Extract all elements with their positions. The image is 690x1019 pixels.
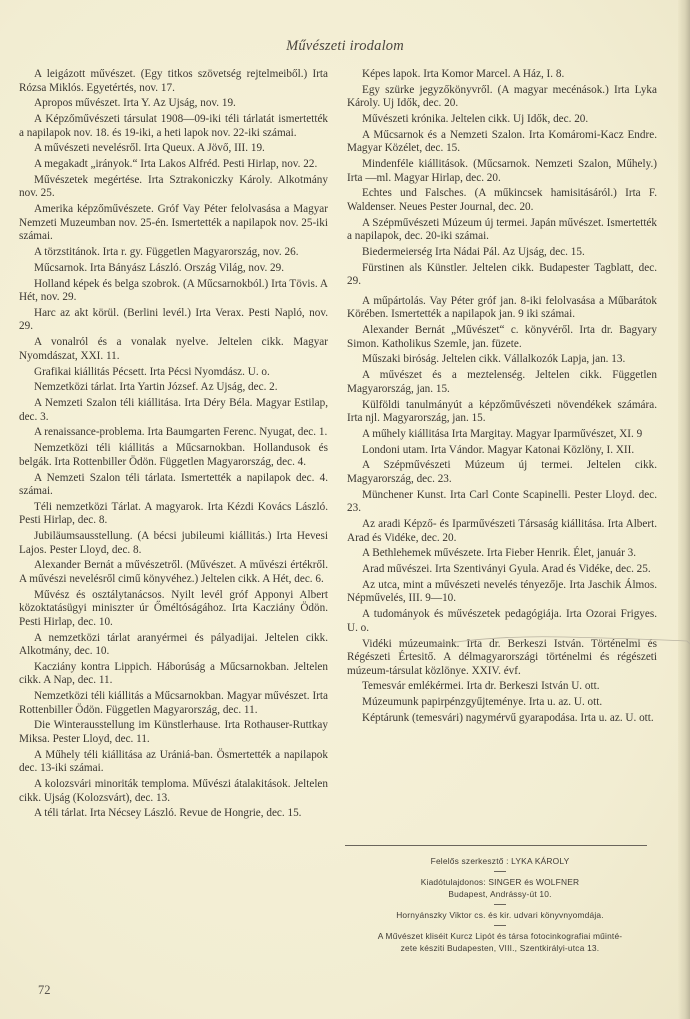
bibliography-entry: A Szépművészeti Múzeum új termei. Jeltel…: [347, 459, 657, 486]
bibliography-entry: A műhely kiállitása Irta Margitay. Magya…: [347, 428, 657, 442]
imprint-mini-rule: [494, 904, 506, 905]
bibliography-entry: Művészeti krónika. Jeltelen cikk. Uj Idő…: [347, 113, 657, 127]
bibliography-entry: Képtárunk (temesvári) nagymérvű gyarapod…: [347, 712, 657, 726]
bibliography-entry: Egy szürke jegyzőkönyvről. (A magyar mec…: [347, 84, 657, 111]
imprint-editor: Felelős szerkesztő : LYKA KÁROLY: [345, 855, 655, 867]
bibliography-entry: Holland képek és belga szobrok. (A Műcsa…: [19, 278, 328, 305]
bibliography-entry: A tudományok és művészetek pedagógiája. …: [347, 608, 657, 635]
right-column: Képes lapok. Irta Komor Marcel. A Ház, I…: [347, 68, 657, 728]
bibliography-entry: Alexander Bernát a művészetről. (Művésze…: [19, 559, 328, 586]
imprint-publisher: Kiadótulajdonos: SINGER és WOLFNER: [345, 876, 655, 888]
bibliography-entry: Művészetek megértése. Irta Sztrakoniczky…: [19, 174, 328, 201]
page-number: 72: [38, 983, 51, 998]
bibliography-entry: Múzeumunk papirpénzgyűjteménye. Irta u. …: [347, 696, 657, 710]
bibliography-entry: Grafikai kiállitás Pécsett. Irta Pécsi N…: [19, 366, 328, 380]
bibliography-entry: Harc az akt körül. (Berlini levél.) Irta…: [19, 307, 328, 334]
bibliography-entry: Londoni utam. Irta Vándor. Magyar Katona…: [347, 444, 657, 458]
bibliography-entry: Nemzetközi téli kiállitás a Műcsarnokban…: [19, 690, 328, 717]
bibliography-entry: A művészeti nevelésről. Irta Queux. A Jö…: [19, 142, 328, 156]
bibliography-entry: A művészet és a meztelenség. Jeltelen ci…: [347, 369, 657, 396]
imprint-cliches-line-2: zete késziti Budapesten, VIII., Szentkir…: [345, 942, 655, 954]
bibliography-entry: Művész és osztálytanácsos. Nyilt levél g…: [19, 589, 328, 630]
bibliography-entry: Temesvár emlékérmei. Irta dr. Berkeszi I…: [347, 680, 657, 694]
bibliography-entry: A leigázott művészet. (Egy titkos szövet…: [19, 68, 328, 95]
bibliography-entry: Műszaki biróság. Jeltelen cikk. Vállalko…: [347, 353, 657, 367]
bibliography-entry: A kolozsvári minoriták temploma. Művészi…: [19, 778, 328, 805]
bibliography-entry: A téli tárlat. Irta Nécsey László. Revue…: [19, 807, 328, 821]
bibliography-entry: Nemzetközi téli kiállitás a Műcsarnokban…: [19, 442, 328, 469]
bibliography-entry: Kacziány kontra Lippich. Háborúság a Műc…: [19, 661, 328, 688]
imprint-cliches-line-1: A Művészet kliséit Kurcz Lipót és társa …: [345, 930, 655, 942]
bibliography-entry: Téli nemzetközi Tárlat. A magyarok. Irta…: [19, 501, 328, 528]
bibliography-entry: Echtes und Falsches. (A műkincsek hamisi…: [347, 187, 657, 214]
bibliography-entry: A Műcsarnok és a Nemzeti Szalon. Irta Ko…: [347, 129, 657, 156]
bibliography-entry: A Bethlehemek művészete. Irta Fieber Hen…: [347, 547, 657, 561]
bibliography-entry: Az aradi Képző- és Iparművészeti Társasá…: [347, 518, 657, 545]
bibliography-entry: Nemzetközi tárlat. Irta Yartin József. A…: [19, 381, 328, 395]
imprint-mini-rule: [494, 871, 506, 872]
bibliography-entry: A törzstitánok. Irta r. gy. Független Ma…: [19, 246, 328, 260]
bibliography-entry: A renaissance-problema. Irta Baumgarten …: [19, 426, 328, 440]
bibliography-entry: Biedermeierség Irta Nádai Pál. Az Ujság,…: [347, 246, 657, 260]
running-head: Művészeti irodalom: [0, 38, 690, 55]
imprint-block: Felelős szerkesztő : LYKA KÁROLY Kiadótu…: [345, 855, 655, 954]
scanned-page: Művészeti irodalom A leigázott művészet.…: [0, 0, 690, 1019]
imprint-divider: [345, 845, 647, 846]
bibliography-entry: A Képzőművészeti társulat 1908—09-iki té…: [19, 113, 328, 140]
bibliography-entry: Münchener Kunst. Irta Carl Conte Scapine…: [347, 489, 657, 516]
bibliography-entry: Amerika képzőművészete. Gróf Vay Péter f…: [19, 203, 328, 244]
bibliography-entry: A Műhely téli kiállitása az Urániá-ban. …: [19, 749, 328, 776]
bibliography-entry: Mindenféle kiállitások. (Műcsarnok. Nemz…: [347, 158, 657, 185]
bibliography-entry: A nemzetközi tárlat aranyérmei és pályad…: [19, 632, 328, 659]
bibliography-entry: A Nemzeti Szalon téli tárlata. Ismertett…: [19, 472, 328, 499]
bibliography-entry: Apropos művészet. Irta Y. Az Ujság, nov.…: [19, 97, 328, 111]
bibliography-entry: A megakadt „irányok.“ Irta Lakos Alfréd.…: [19, 158, 328, 172]
book-spine-shadow: [678, 0, 690, 1019]
bibliography-entry: Képes lapok. Irta Komor Marcel. A Ház, I…: [347, 68, 657, 82]
bibliography-entry: Jubiläumsausstellung. (A bécsi jubileumi…: [19, 530, 328, 557]
bibliography-entry: Alexander Bernát „Művészet“ c. könyvéről…: [347, 324, 657, 351]
bibliography-entry: Die Winterausstellung im Künstlerhause. …: [19, 719, 328, 746]
bibliography-entry: Külföldi tanulmányút a képzőművészeti nö…: [347, 399, 657, 426]
bibliography-entry: A Nemzeti Szalon téli kiállitása. Irta D…: [19, 397, 328, 424]
bibliography-entry: Az utca, mint a művészeti nevelés tényez…: [347, 579, 657, 606]
imprint-printer: Hornyánszky Viktor cs. és kir. udvari kö…: [345, 909, 655, 921]
bibliography-entry: Arad művészei. Irta Szentiványi Gyula. A…: [347, 563, 657, 577]
imprint-mini-rule: [494, 925, 506, 926]
bibliography-entry: A műpártolás. Vay Péter gróf jan. 8-iki …: [347, 295, 657, 322]
imprint-address: Budapest, Andrássy-út 10.: [345, 888, 655, 900]
pencil-mark: [425, 633, 690, 653]
bibliography-entry: Műcsarnok. Irta Bányász László. Ország V…: [19, 262, 328, 276]
bibliography-entry: Fürstinen als Künstler. Jeltelen cikk. B…: [347, 262, 657, 289]
bibliography-entry: A Szépművészeti Múzeum új termei. Japán …: [347, 217, 657, 244]
bibliography-entry: A vonalról és a vonalak nyelve. Jeltelen…: [19, 336, 328, 363]
left-column: A leigázott művészet. (Egy titkos szövet…: [19, 68, 328, 823]
